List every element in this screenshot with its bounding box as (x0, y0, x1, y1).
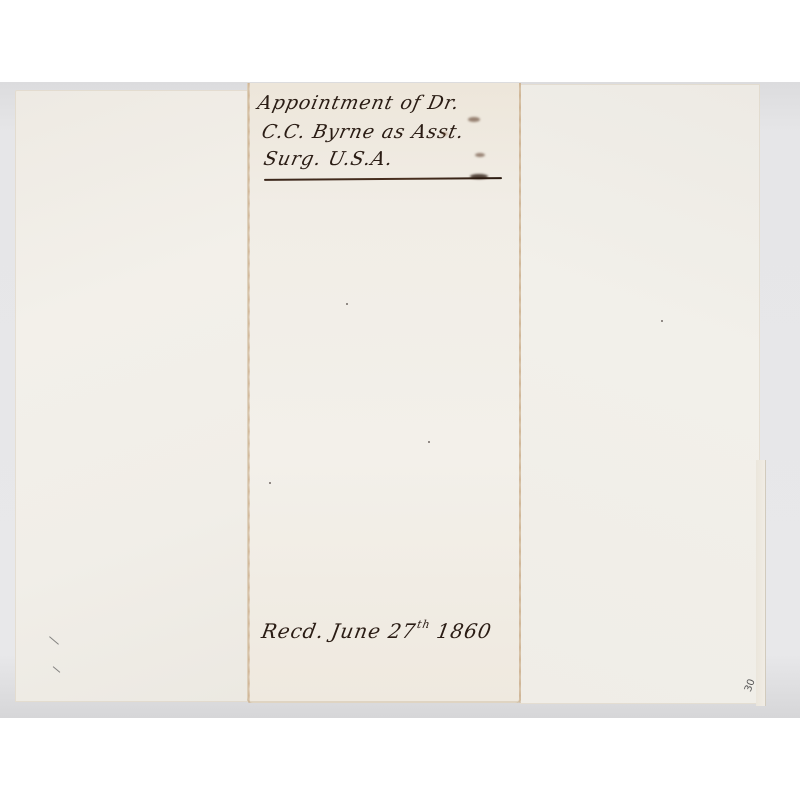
docket-line-2: C.C. Byrne as Asst. (260, 121, 467, 143)
docket-line-1: Appointment of Dr. (256, 92, 462, 114)
ink-blot (468, 117, 480, 122)
left-fold-crease (248, 83, 250, 703)
docket-line-3: Surg. U.S.A. (262, 148, 396, 170)
paper-speck (346, 303, 348, 305)
received-year: 1860 (435, 619, 494, 643)
paper-speck (269, 482, 271, 484)
received-date-note: Recd. June 27th 1860 (260, 618, 494, 643)
right-fold-crease (519, 83, 521, 703)
left-panel (15, 90, 248, 702)
ink-blot (475, 153, 485, 157)
right-panel-edge-flap (756, 460, 766, 706)
paper-speck (428, 441, 430, 443)
paper-speck (661, 320, 663, 322)
photo-stage: Appointment of Dr. C.C. Byrne as Asst. S… (0, 0, 800, 800)
ink-blot (442, 132, 448, 136)
received-prefix: Recd. (260, 619, 326, 643)
received-day: 27 (386, 619, 418, 643)
received-day-suffix: th (416, 618, 432, 631)
ink-blot (470, 174, 488, 179)
right-panel (520, 84, 760, 704)
received-month: June (329, 619, 383, 643)
